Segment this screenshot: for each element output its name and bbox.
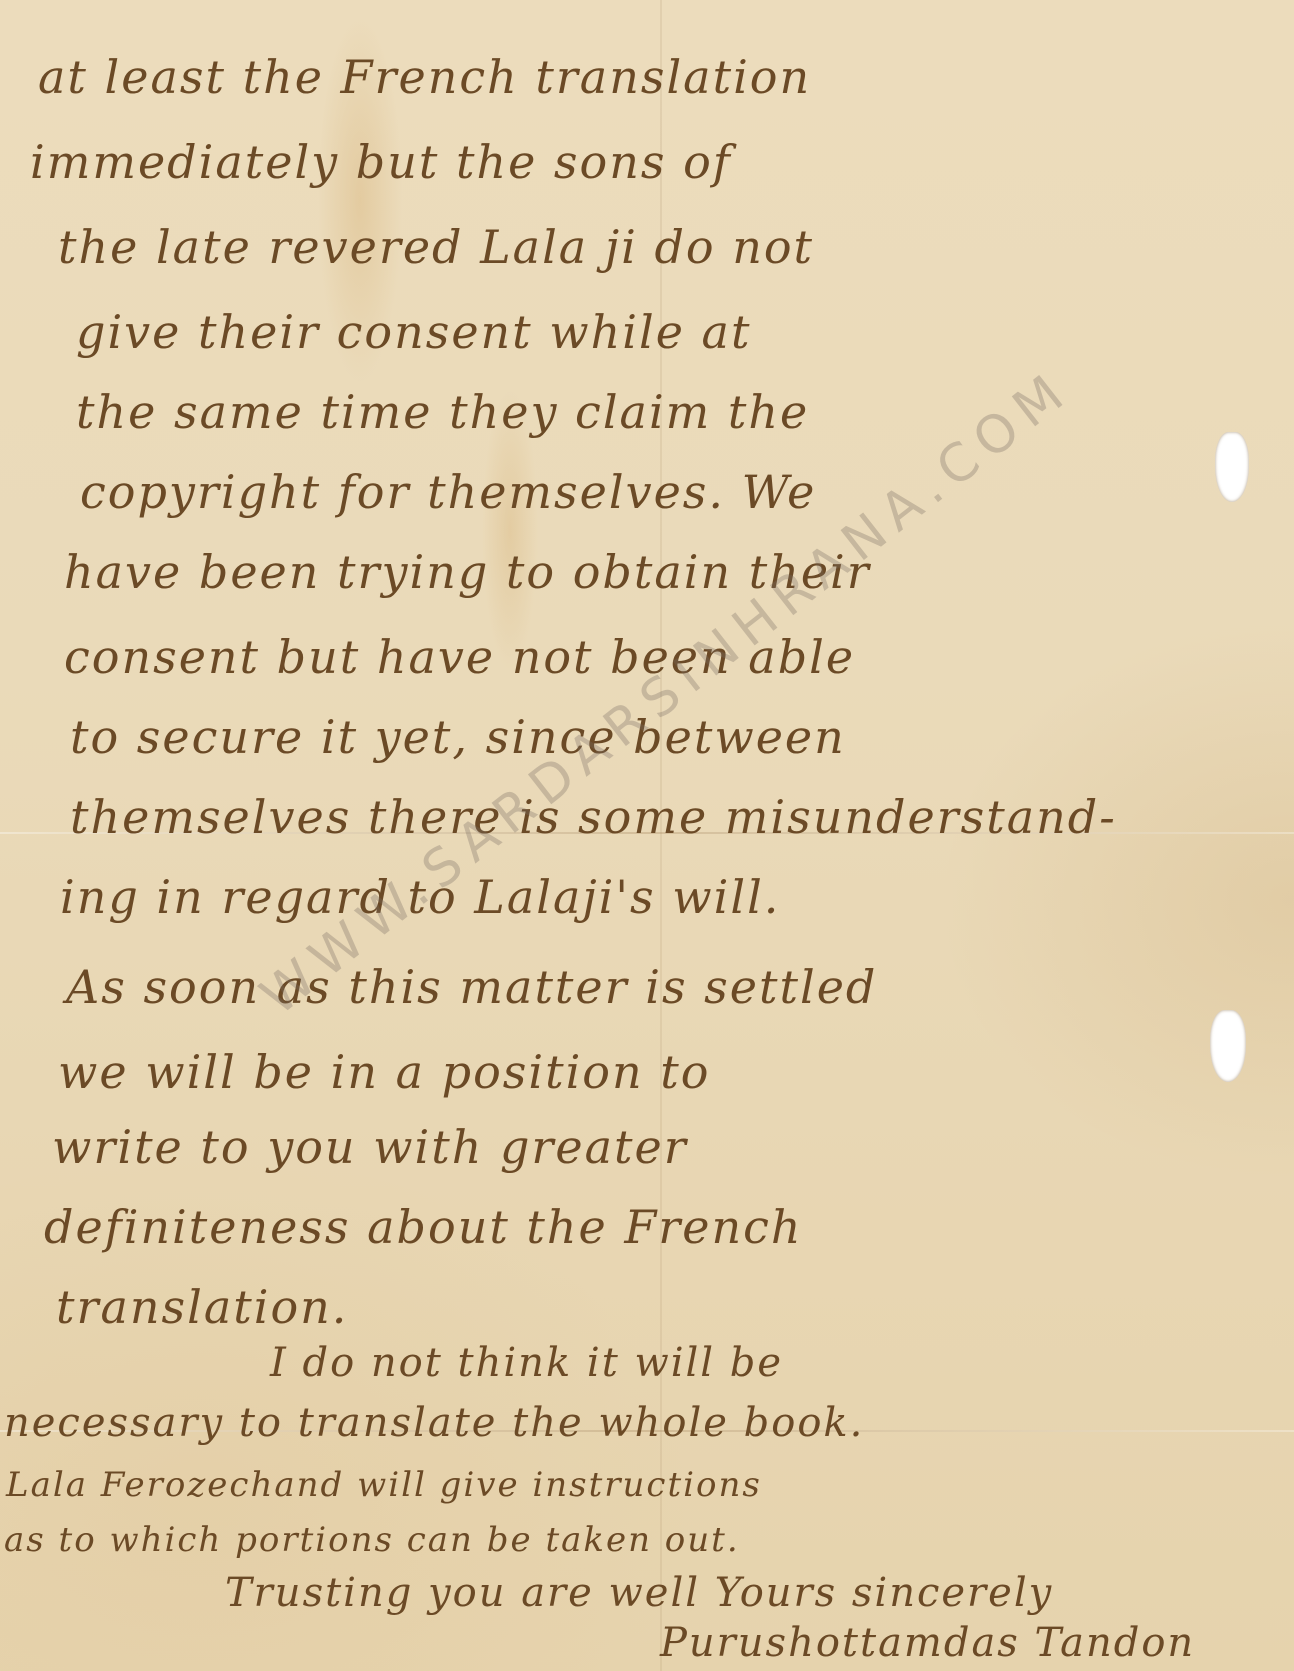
letter-line: themselves there is some misunderstand-: [70, 790, 1117, 844]
letter-line: copyright for themselves. We: [80, 465, 816, 519]
letter-line: write to you with greater: [52, 1120, 688, 1174]
letter-line: the same time they claim the: [76, 385, 809, 439]
letter-page: at least the French translation immediat…: [0, 0, 1294, 1671]
letter-line: translation.: [56, 1280, 348, 1334]
letter-signature: Purushottamdas Tandon: [660, 1620, 1195, 1666]
letter-line: to secure it yet, since between: [70, 710, 846, 764]
letter-line: at least the French translation: [38, 50, 811, 104]
letter-line: Lala Ferozechand will give instructions: [6, 1465, 762, 1505]
letter-line: give their consent while at: [76, 305, 751, 359]
watermark: WWW.SARDARSINHRANA.COM: [250, 359, 1082, 1028]
letter-line: immediately but the sons of: [30, 135, 732, 189]
letter-line: we will be in a position to: [58, 1045, 710, 1099]
letter-line: the late revered Lala ji do not: [58, 220, 814, 274]
letter-closing: Trusting you are well Yours sincerely: [225, 1570, 1053, 1616]
letter-line: as to which portions can be taken out.: [4, 1520, 740, 1560]
punch-hole-top: [1215, 432, 1249, 502]
letter-line: definiteness about the French: [44, 1200, 803, 1254]
letter-line: As soon as this matter is settled: [66, 960, 877, 1014]
punch-hole-bottom: [1210, 1010, 1246, 1082]
letter-line: necessary to translate the whole book.: [4, 1400, 864, 1446]
letter-line: I do not think it will be: [270, 1340, 783, 1386]
